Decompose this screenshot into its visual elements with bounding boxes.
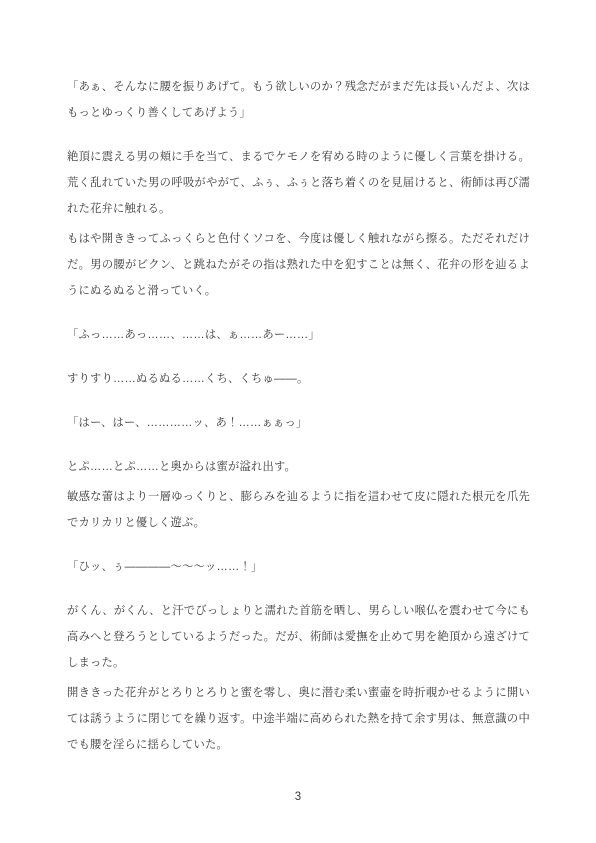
document-page: 「あぁ、そんなに腰を振りあげて。もう欲しいのか？残念だがまだ先は長いんだよ、次は…: [0, 0, 596, 843]
document-text-area: 「あぁ、そんなに腰を振りあげて。もう欲しいのか？残念だがまだ先は長いんだよ、次は…: [0, 0, 596, 758]
text-block: がくん、がくん、と汗でびっしょりと濡れた首筋を晒し、男らしい喉仏を震わせて今にも…: [67, 598, 530, 758]
paragraph-narration: 絶頂に震える男の頬に手を当て、まるでケモノを宥める時のように優しく言葉を掛ける。…: [67, 144, 530, 222]
paragraph-narration: がくん、がくん、と汗でびっしょりと濡れた首筋を晒し、男らしい喉仏を震わせて今にも…: [67, 598, 530, 676]
text-block: 絶頂に震える男の頬に手を当て、まるでケモノを宥める時のように優しく言葉を掛ける。…: [67, 144, 530, 304]
paragraph-dialogue: 「はー、はー、…………ッ、あ！……ぁぁっ」: [67, 410, 530, 436]
paragraph-dialogue: 「ひッ、ぅ――――〜〜〜ッ……！」: [67, 554, 530, 580]
paragraph-sfx: すりすり……ぬるぬる……くち、くちゅ――。: [67, 366, 530, 392]
paragraph-dialogue: 「ふっ……あっ……、……は、ぁ……あー……」: [67, 322, 530, 348]
page-number: 3: [0, 784, 596, 810]
paragraph-narration: もはや開ききってふっくらと色付くソコを、今度は優しく触れながら擦る。ただそれだけ…: [67, 226, 530, 304]
text-block: 「はー、はー、…………ッ、あ！……ぁぁっ」: [67, 410, 530, 436]
text-block: とぷ……とぷ……と奥からは蜜が溢れ出す。 敏感な蕾はより一層ゆっくりと、膨らみを…: [67, 454, 530, 536]
text-block: 「ふっ……あっ……、……は、ぁ……あー……」: [67, 322, 530, 348]
text-block: 「あぁ、そんなに腰を振りあげて。もう欲しいのか？残念だがまだ先は長いんだよ、次は…: [67, 74, 530, 126]
paragraph-narration: 敏感な蕾はより一層ゆっくりと、膨らみを辿るように指を這わせて皮に隠れた根元を爪先…: [67, 484, 530, 536]
paragraph-dialogue: 「あぁ、そんなに腰を振りあげて。もう欲しいのか？残念だがまだ先は長いんだよ、次は…: [67, 74, 530, 126]
paragraph-narration: とぷ……とぷ……と奥からは蜜が溢れ出す。: [67, 454, 530, 480]
text-block: 「ひッ、ぅ――――〜〜〜ッ……！」: [67, 554, 530, 580]
paragraph-narration: 開ききった花弁がとろりとろりと蜜を零し、奥に潜む柔い蜜壷を時折覗かせるように開い…: [67, 680, 530, 758]
text-block: すりすり……ぬるぬる……くち、くちゅ――。: [67, 366, 530, 392]
